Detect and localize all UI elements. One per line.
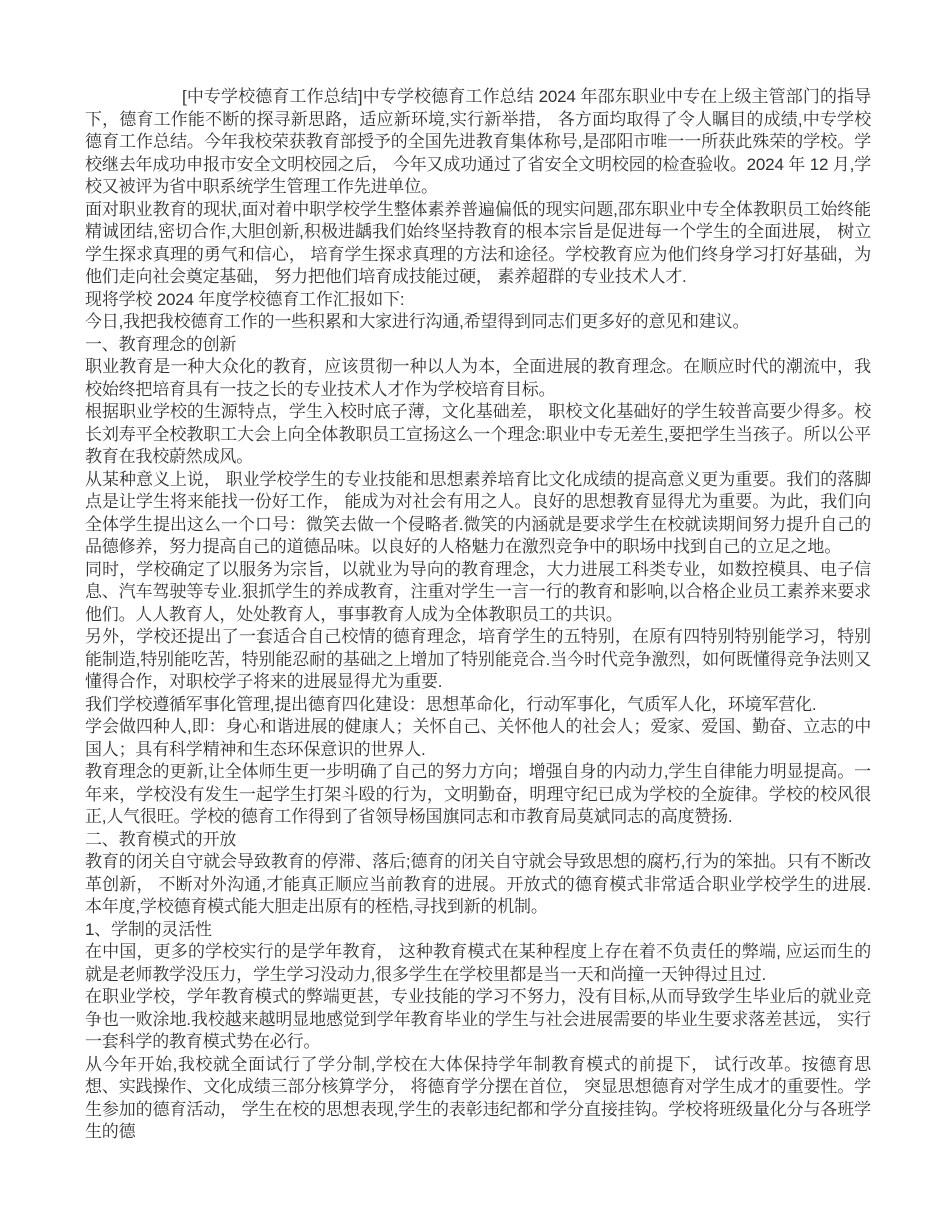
body-paragraph: 从今年开始,我校就全面试行了学分制,学校在大体保持学年制教育模式的前提下， 试行… (85, 1054, 871, 1144)
body-paragraph: 职业教育是一种大众化的教育，应该贯彻一种以人为本，全面进展的教育理念。在顺应时代… (85, 356, 871, 401)
subsection-heading: 1、学制的灵活性 (85, 919, 871, 942)
section-heading: 二、教育模式的开放 (85, 829, 871, 852)
title-paragraph: [中专学校德育工作总结]中专学校德育工作总结 2024 年邵东职业中专在上级主管… (85, 86, 871, 199)
body-paragraph: 从某种意义上说， 职业学校学生的专业技能和思想素养培育比文化成绩的提高意义更为重… (85, 469, 871, 559)
body-paragraph: 面对职业教育的现状,面对着中职学校学生整体素养普遍偏低的现实问题,邵东职业中专全… (85, 199, 871, 289)
body-paragraph: 今日,我把我校德育工作的一些积累和大家进行沟通,希望得到同志们更多好的意见和建议… (85, 311, 871, 334)
body-paragraph: 另外，学校还提出了一套适合自己校情的德育理念，培育学生的五特别，在原有四特别特别… (85, 626, 871, 694)
body-paragraph: 教育理念的更新,让全体师生更一步明确了自己的努力方向；增强自身的内动力,学生自律… (85, 761, 871, 829)
body-paragraph: 学会做四种人,即：身心和谐进展的健康人；关怀自己、关怀他人的社会人；爱家、爱国、… (85, 716, 871, 761)
section-heading: 一、教育理念的创新 (85, 334, 871, 357)
body-paragraph: 同时，学校确定了以服务为宗旨，以就业为导向的教育理念，大力进展工科类专业，如数控… (85, 559, 871, 627)
body-paragraph: 我们学校遵循军事化管理,提出德育四化建设：思想革命化，行动军事化，气质军人化，环… (85, 694, 871, 717)
body-paragraph: 在中国，更多的学校实行的是学年教育， 这种教育模式在某种程度上存在着不负责任的弊… (85, 941, 871, 986)
document-page: [中专学校德育工作总结]中专学校德育工作总结 2024 年邵东职业中专在上级主管… (0, 0, 950, 1230)
body-paragraph: 现将学校 2024 年度学校德育工作汇报如下: (85, 289, 871, 312)
body-paragraph: 根据职业学校的生源特点，学生入校时底子薄，文化基础差， 职校文化基础好的学生较普… (85, 401, 871, 469)
body-paragraph: 在职业学校，学年教育模式的弊端更甚，专业技能的学习不努力，没有目标,从而导致学生… (85, 986, 871, 1054)
body-paragraph: 教育的闭关自守就会导致教育的停滞、落后;德育的闭关自守就会导致思想的腐朽,行为的… (85, 851, 871, 919)
document-body: [中专学校德育工作总结]中专学校德育工作总结 2024 年邵东职业中专在上级主管… (85, 86, 871, 1144)
